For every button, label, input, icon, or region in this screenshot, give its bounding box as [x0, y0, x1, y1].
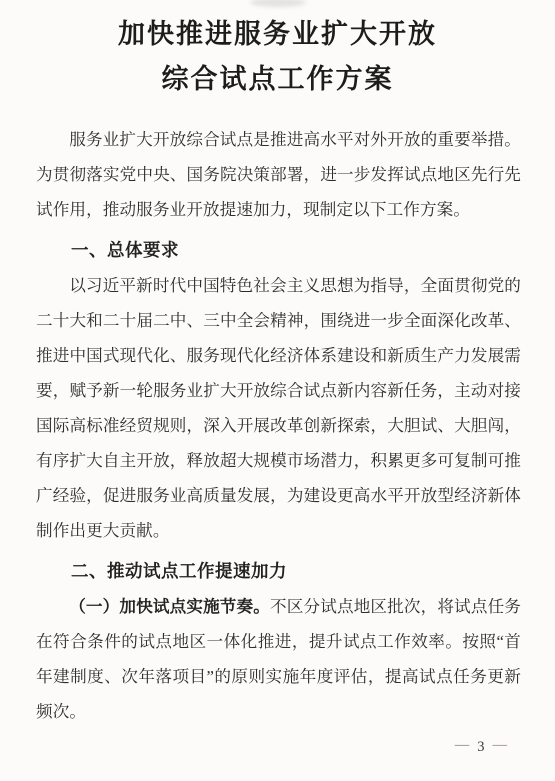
- section-2-item-1-lead: （一）加快试点实施节奏。: [69, 597, 270, 616]
- section-1-paragraph: 以习近平新时代中国特色社会主义思想为指导，全面贯彻党的二十大和二十届二中、三中全…: [36, 268, 521, 548]
- page-number-value: 3: [477, 739, 484, 755]
- page-number-left-dash: —: [455, 737, 470, 753]
- document-title-line-2: 综合试点工作方案: [0, 57, 555, 102]
- page-number: —3—: [447, 737, 515, 755]
- intro-paragraph: 服务业扩大开放综合试点是推进高水平对外开放的重要举措。为贯彻落实党中央、国务院决…: [36, 122, 521, 227]
- scan-artifact: [250, 0, 306, 7]
- document-title-line-1: 加快推进服务业扩大开放: [0, 12, 555, 57]
- page-number-right-dash: —: [493, 737, 508, 753]
- document-body: 服务业扩大开放综合试点是推进高水平对外开放的重要举措。为贯彻落实党中央、国务院决…: [0, 122, 555, 729]
- section-2-heading: 二、推动试点工作提速加力: [36, 554, 521, 589]
- section-1-heading: 一、总体要求: [36, 233, 521, 268]
- scanned-document-page: 加快推进服务业扩大开放 综合试点工作方案 服务业扩大开放综合试点是推进高水平对外…: [0, 0, 555, 781]
- document-title: 加快推进服务业扩大开放 综合试点工作方案: [0, 12, 555, 102]
- section-2-item-1: （一）加快试点实施节奏。不区分试点地区批次，将试点任务在符合条件的试点地区一体化…: [36, 589, 521, 729]
